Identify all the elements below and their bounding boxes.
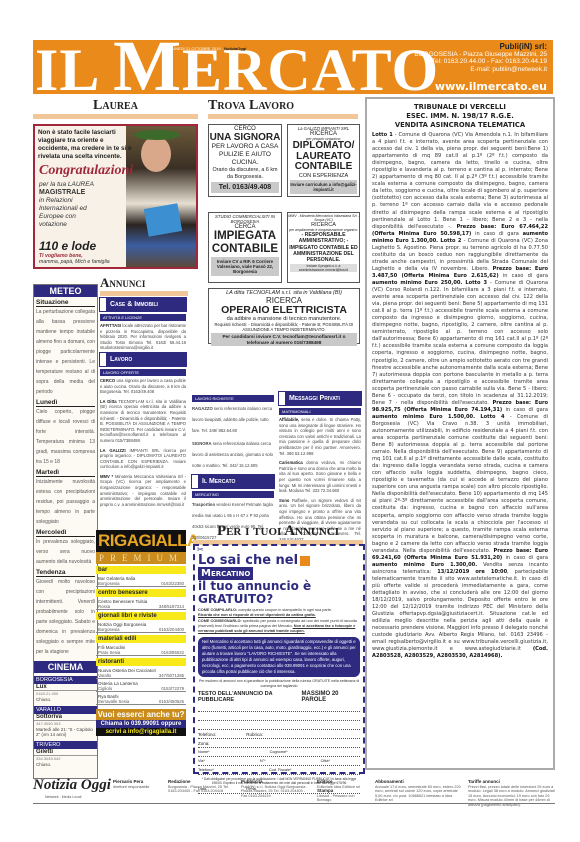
job-ad-studio: STUDIO COMMERCIALISTI IN BORGOSESIA CERC… [208,212,282,283]
job-ad-tecnoflam: LA ditta TECNOFLAM s.r.l. sita in Valdil… [208,288,360,344]
publisher-email[interactable]: E-mail: publiin@netweek.it [414,66,547,74]
category-lavoro[interactable]: Lavoro [100,353,186,366]
nome-field: Nome* [198,748,210,756]
telefono-field: Telefono: [198,730,216,738]
galizzi-email[interactable]: Inviare curriculum a info@galizi-impiant… [290,180,357,194]
rigagialla-email[interactable]: scrivi a info@rigagialla.it [96,728,186,736]
cognome-field: Cognome* [270,748,288,756]
category-il-mercato[interactable]: Il Mercato [192,475,274,488]
rubrica-field: Rubrica: [246,730,263,738]
classified-ad: LA GALIZZI IMPIANTI SRL ricerca per prop… [100,446,186,472]
free-ad-coupon: ✂ Lo sai che nelMercatino il tuo annunci… [193,544,365,774]
meteo-panel: METEO Situazione La perturbazione colleg… [33,284,98,779]
job-ad-mmv: MMV - Minuteria Meccanica Valsesiana Srl… [287,212,360,283]
section-annunci: Annunci [100,275,188,296]
laurel-wreath-icon [134,130,180,140]
scissors-icon: ✂ [197,545,204,554]
via-field: Via* [198,757,205,765]
citta-field: Città* [321,757,330,765]
annunci-column-c: Messaggi Privati Matrimoniali Affidabile… [279,392,361,544]
cinema-lux: Lux [34,684,97,691]
orange-square-icon [300,556,310,566]
classified-ad: MMV * Minuteria Meccanica Valsesiana Srl… [100,472,186,510]
cinema-title: CINEMA [34,661,97,673]
tribunale-notice: TRIBUNALE DI VERCELLI ESEC. IMM. N. 198/… [365,97,555,770]
classified-ad: SIGNORA seria referenziata italiana cerc… [192,437,274,472]
laurea-ad: Non è stato facile lasciarti viaggiare t… [33,124,198,269]
face [141,136,171,172]
ad-text-line-1[interactable] [198,703,360,712]
rigagialla-directory: RIGAGIALLA PREMIUM bar Bar Gelateria Ita… [96,530,186,770]
annunci-column-a: Case & Immobili Attività e licenze AFFIT… [100,298,186,509]
mmv-email[interactable]: Inviare il proprio c.v. a amministrazion… [290,264,357,272]
category-case-immobili[interactable]: Case & Immobili [100,298,186,311]
meteo-title: METEO [34,285,97,297]
notizia-oggi-logo: Notizia Oggi [33,777,111,794]
job-ad-signora: CERCO UNA SIGNORA PER LAVORO A CASA PULI… [208,124,282,197]
website-link[interactable]: www.ilmercato.eu [435,80,547,93]
job-ad-galizzi: La GALIZZI IMPIANTI SRL RICERCA per prop… [287,124,360,197]
category-messaggi-privati[interactable]: Messaggi Privati [279,392,361,405]
cod-fiscale-field: Cod. Fiscale* [269,766,292,774]
classified-ad: RAGAZZO serio referenziato italiano cerc… [192,402,274,437]
classified-ad: CERCO una signora per lavoro a casa puli… [100,376,186,397]
diploma-folder [144,203,182,236]
rigagialla-logo: RIGAGIALLA [96,530,186,552]
classified-ad: Carismatica donna vedova, mi chiamo Patr… [279,458,361,496]
classified-ad: AFFITTASI locale attrezzato per bar rist… [100,321,186,353]
ad-text-line-3[interactable] [198,721,360,730]
ad-text-line-2[interactable] [198,712,360,721]
classified-ad: Affidabile, seria e dolce. Si chiama Pat… [279,415,361,458]
footer: Notizia Oggi Netweek - Media Locali Pier… [33,776,555,804]
classified-ad: LA Ditta TECNOFLAM s.r.l. sita in Valdil… [100,397,186,446]
masthead: IL MERCATO LUNEDÌ 21 OTTOBRE 2019 - Noti… [33,40,553,94]
telefono2-field: Telefono* [198,766,214,774]
cinema-giletti: Giletti [34,749,97,756]
publisher-info: Publi(iN) srl: BORGOSESIA - Piazza Giuse… [414,43,547,73]
section-trova-lavoro: Trova Lavoro [208,98,358,119]
cinema-sottoriva: Sottoriva [34,714,97,721]
annunci-column-b: Lavoro Richieste RAGAZZO serio referenzi… [192,392,274,544]
issue-date: LUNEDÌ 21 OTTOBRE 2019 - NotiziaOggi [170,46,246,51]
section-per-i-tuoi-annunci: Per i tuoi Annunci [193,523,363,545]
numero-field: N°* [260,757,266,765]
zona-field[interactable]: Zona: [198,739,360,748]
graduate-photo [126,126,196,267]
section-laurea: Laurea [33,98,198,119]
